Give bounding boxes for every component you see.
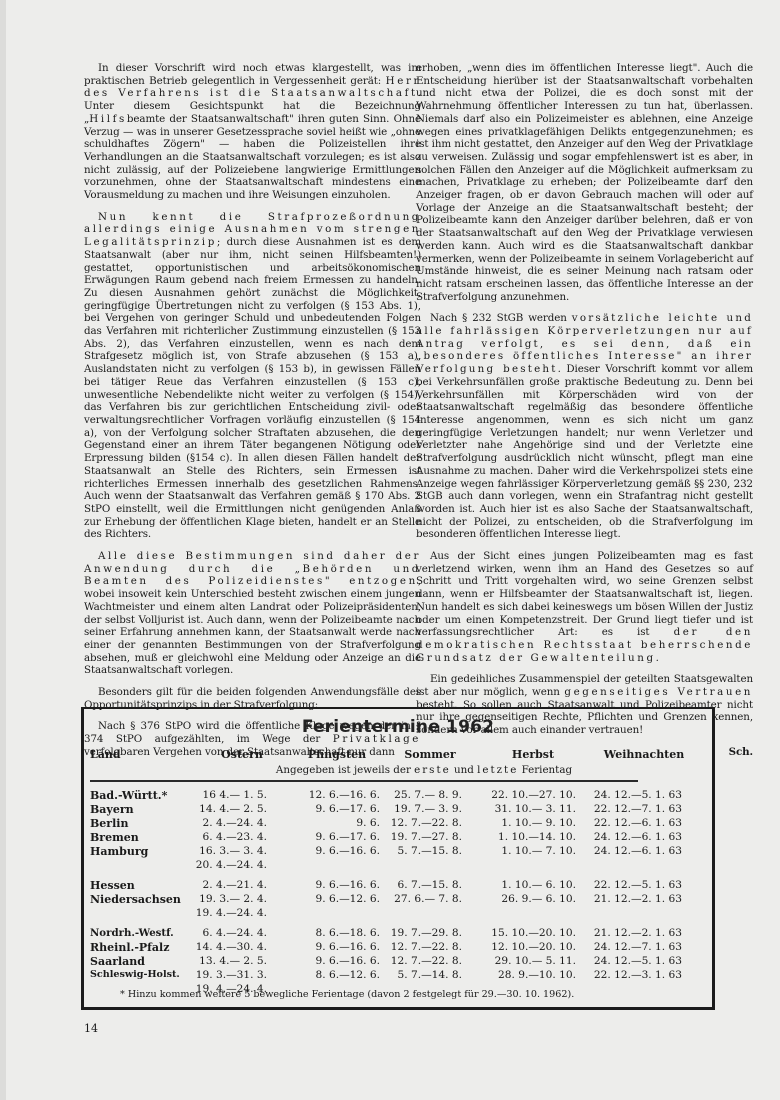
text: beamte der Staatsanwaltschaft" ihren gut… bbox=[84, 113, 421, 201]
cell-land: Bad.-Württ.* bbox=[90, 789, 167, 802]
right-column: erhoben, „wenn dies im öffentlichen Inte… bbox=[416, 62, 753, 768]
cell-land: Schleswig-Holst. bbox=[90, 969, 180, 980]
cell-ostern: 19. 4.—24. 4. bbox=[179, 907, 267, 919]
cell-herbst: 28. 9.—10. 10. bbox=[466, 969, 576, 981]
cell-ostern: 6. 4.—23. 4. bbox=[179, 831, 267, 843]
table-row: Berlin 2. 4.—24. 4. 9. 6. 12. 7.—22. 8. … bbox=[84, 817, 712, 831]
cell-land: Niedersachsen bbox=[90, 893, 181, 906]
cell-sommer: 19. 7.—29. 8. bbox=[384, 927, 462, 939]
text: Angegeben ist jeweils der bbox=[276, 764, 414, 776]
emphasis-text: Hilfs bbox=[89, 113, 127, 125]
cell-pfingsten: 9. 6.—16. 6. bbox=[274, 941, 380, 953]
paragraph: Nun kennt die Strafprozeßordnung allerdi… bbox=[84, 211, 421, 541]
table-title: Ferientermine 1962 bbox=[84, 717, 712, 737]
cell-weihnachten: 22. 12.—7. 1. 63 bbox=[582, 803, 682, 815]
emphasis-text: letzte bbox=[477, 764, 518, 776]
table-row: Rheinl.-Pfalz 14. 4.—30. 4. 9. 6.—16. 6.… bbox=[84, 941, 712, 955]
cell-herbst: 22. 10.—27. 10. bbox=[466, 789, 576, 801]
header-rule bbox=[90, 780, 638, 782]
cell-weihnachten: 22. 12.—3. 1. 63 bbox=[582, 969, 682, 981]
cell-herbst: 12. 10.—20. 10. bbox=[466, 941, 576, 953]
cell-ostern: 16. 3.— 3. 4. bbox=[179, 845, 267, 857]
cell-pfingsten: 9. 6.—12. 6. bbox=[274, 893, 380, 905]
text: ; durch diese Ausnahmen ist es dem Staat… bbox=[84, 236, 421, 540]
paragraph: In dieser Vorschrift wird noch etwas kla… bbox=[84, 62, 421, 202]
cell-pfingsten: 8. 6.—12. 6. bbox=[274, 969, 380, 981]
table-row: 20. 4.—24. 4. bbox=[84, 859, 712, 873]
table-row: Bad.-Württ.* 16 4.— 1. 5. 12. 6.—16. 6. … bbox=[84, 789, 712, 803]
cell-weihnachten: 24. 12.—7. 1. 63 bbox=[582, 941, 682, 953]
cell-weihnachten: 24. 12.—5. 1. 63 bbox=[582, 955, 682, 967]
table-row: Bayern 14. 4.— 2. 5. 9. 6.—17. 6. 19. 7.… bbox=[84, 803, 712, 817]
cell-ostern: 2. 4.—21. 4. bbox=[179, 879, 267, 891]
paragraph: Nach § 232 StGB werden vorsätzliche leic… bbox=[416, 312, 753, 541]
table-row: Bremen 6. 4.—23. 4. 9. 6.—17. 6. 19. 7.—… bbox=[84, 831, 712, 845]
cell-weihnachten: 24. 12.—5. 1. 63 bbox=[582, 789, 682, 801]
cell-sommer: 12. 7.—22. 8. bbox=[384, 941, 462, 953]
cell-sommer: 5. 7.—15. 8. bbox=[384, 845, 462, 857]
cell-pfingsten: 12. 6.—16. 6. bbox=[274, 789, 380, 801]
cell-weihnachten: 24. 12.—6. 1. 63 bbox=[582, 845, 682, 857]
cell-pfingsten: 8. 6.—18. 6. bbox=[274, 927, 380, 939]
cell-pfingsten: 9. 6.—16. 6. bbox=[274, 845, 380, 857]
table-row: Niedersachsen 19. 3.— 2. 4. 9. 6.—12. 6.… bbox=[84, 893, 712, 907]
cell-herbst: 31. 10.— 3. 11. bbox=[466, 803, 576, 815]
header-weihnachten: Weihnachten bbox=[589, 748, 699, 761]
cell-weihnachten: 21. 12.—2. 1. 63 bbox=[582, 893, 682, 905]
cell-sommer: 12. 7.—22. 8. bbox=[384, 955, 462, 967]
cell-ostern: 16 4.— 1. 5. bbox=[179, 789, 267, 801]
text: . Dieser Vorschrift kommt vor allem bei … bbox=[416, 363, 753, 540]
left-column: In dieser Vorschrift wird noch etwas kla… bbox=[84, 62, 421, 768]
page-number: 14 bbox=[84, 1022, 98, 1035]
cell-pfingsten: 9. 6.—16. 6. bbox=[274, 879, 380, 891]
text: Aus der Sicht eines jungen Polizeibeamte… bbox=[416, 550, 753, 638]
page-edge bbox=[0, 0, 6, 1100]
cell-herbst: 1. 10.— 6. 10. bbox=[466, 879, 576, 891]
table-footnote: * Hinzu kommen weitere 5 bewegliche Feri… bbox=[120, 989, 574, 1000]
cell-herbst: 15. 10.—20. 10. bbox=[466, 927, 576, 939]
cell-ostern: 19. 3.—31. 3. bbox=[179, 969, 267, 981]
cell-land: Rheinl.-Pfalz bbox=[90, 941, 169, 954]
header-herbst: Herbst bbox=[488, 748, 578, 761]
table-row: Saarland 13. 4.— 2. 5. 9. 6.—16. 6. 12. … bbox=[84, 955, 712, 969]
emphasis-text: Alle diese Bestimmungen sind daher der A… bbox=[84, 550, 421, 587]
cell-ostern: 19. 3.— 2. 4. bbox=[179, 893, 267, 905]
cell-weihnachten: 22. 12.—5. 1. 63 bbox=[582, 879, 682, 891]
cell-herbst: 26. 9.— 6. 10. bbox=[466, 893, 576, 905]
cell-ostern: 13. 4.— 2. 5. bbox=[179, 955, 267, 967]
cell-sommer: 19. 7.—27. 8. bbox=[384, 831, 462, 843]
table-subheader: Angegeben ist jeweils der erste und letz… bbox=[254, 764, 594, 776]
cell-sommer: 12. 7.—22. 8. bbox=[384, 817, 462, 829]
text: Ferientag bbox=[518, 764, 572, 776]
text: . bbox=[656, 652, 659, 664]
cell-pfingsten: 9. 6.—16. 6. bbox=[274, 955, 380, 967]
cell-ostern: 20. 4.—24. 4. bbox=[179, 859, 267, 871]
table-row: Schleswig-Holst. 19. 3.—31. 3. 8. 6.—12.… bbox=[84, 969, 712, 983]
cell-sommer: 6. 7.—15. 8. bbox=[384, 879, 462, 891]
cell-land: Saarland bbox=[90, 955, 145, 968]
cell-ostern: 6. 4.—24. 4. bbox=[179, 927, 267, 939]
text: In dieser Vorschrift wird noch etwas kla… bbox=[84, 62, 421, 87]
cell-pfingsten: 9. 6. bbox=[274, 817, 380, 829]
text: und bbox=[451, 764, 477, 776]
table-row: Hamburg 16. 3.— 3. 4. 9. 6.—16. 6. 5. 7.… bbox=[84, 845, 712, 859]
emphasis-text: gegenseitiges Vertrauen bbox=[564, 686, 753, 698]
header-sommer: Sommer bbox=[390, 748, 470, 761]
cell-sommer: 5. 7.—14. 8. bbox=[384, 969, 462, 981]
cell-herbst: 1. 10.— 7. 10. bbox=[466, 845, 576, 857]
cell-land: Hamburg bbox=[90, 845, 148, 858]
table-row: Nordrh.-Westf. 6. 4.—24. 4. 8. 6.—18. 6.… bbox=[84, 927, 712, 941]
cell-land: Bremen bbox=[90, 831, 139, 844]
cell-ostern: 14. 4.—30. 4. bbox=[179, 941, 267, 953]
cell-herbst: 1. 10.—14. 10. bbox=[466, 831, 576, 843]
cell-ostern: 14. 4.— 2. 5. bbox=[179, 803, 267, 815]
cell-weihnachten: 21. 12.—2. 1. 63 bbox=[582, 927, 682, 939]
header-ostern: Ostern bbox=[202, 748, 282, 761]
cell-land: Hessen bbox=[90, 879, 135, 892]
text: Nach § 232 StGB werden bbox=[430, 312, 572, 324]
cell-land: Bayern bbox=[90, 803, 134, 816]
table-body: Bad.-Württ.* 16 4.— 1. 5. 12. 6.—16. 6. … bbox=[84, 789, 712, 997]
header-land: Land bbox=[90, 748, 121, 761]
header-pfingsten: Pfingsten bbox=[292, 748, 382, 761]
emphasis-text: erste bbox=[414, 764, 451, 776]
text: , wobei insoweit kein Unterschied besteh… bbox=[84, 575, 421, 676]
cell-weihnachten: 22. 12.—6. 1. 63 bbox=[582, 817, 682, 829]
paragraph: Alle diese Bestimmungen sind daher der A… bbox=[84, 550, 421, 677]
cell-herbst: 29. 10.— 5. 11. bbox=[466, 955, 576, 967]
table-row: Hessen 2. 4.—21. 4. 9. 6.—16. 6. 6. 7.—1… bbox=[84, 879, 712, 893]
cell-sommer: 27. 6.— 7. 8. bbox=[384, 893, 462, 905]
cell-herbst: 1. 10.— 9. 10. bbox=[466, 817, 576, 829]
cell-weihnachten: 24. 12.—6. 1. 63 bbox=[582, 831, 682, 843]
holiday-table-box: Ferientermine 1962 Land Ostern Pfingsten… bbox=[81, 707, 715, 1010]
cell-land: Nordrh.-Westf. bbox=[90, 927, 174, 939]
cell-pfingsten: 9. 6.—17. 6. bbox=[274, 803, 380, 815]
cell-land: Berlin bbox=[90, 817, 128, 830]
paragraph: Aus der Sicht eines jungen Polizeibeamte… bbox=[416, 550, 753, 664]
cell-pfingsten: 9. 6.—17. 6. bbox=[274, 831, 380, 843]
cell-ostern: 2. 4.—24. 4. bbox=[179, 817, 267, 829]
paragraph: erhoben, „wenn dies im öffentlichen Inte… bbox=[416, 62, 753, 303]
table-row: 19. 4.—24. 4. bbox=[84, 907, 712, 921]
cell-sommer: 19. 7.— 3. 9. bbox=[384, 803, 462, 815]
cell-sommer: 25. 7.— 8. 9. bbox=[384, 789, 462, 801]
